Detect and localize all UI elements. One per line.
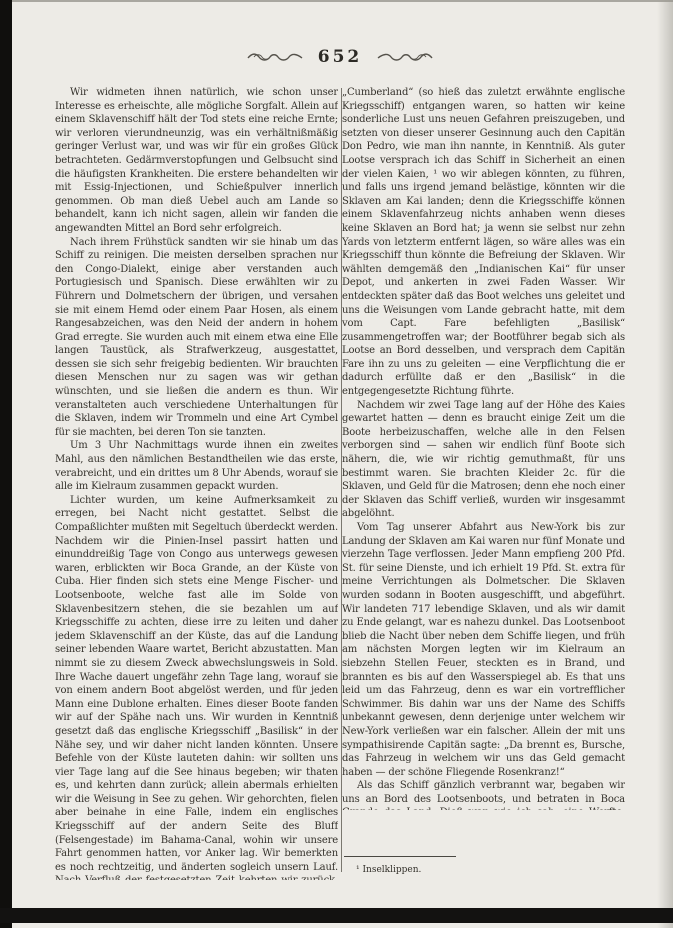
scan-edge-top: [0, 0, 673, 2]
right-column-paragraphs: „Cumberland“ (so hieß das zuletzt erwähn…: [342, 86, 625, 810]
paragraph: „Cumberland“ (so hieß das zuletzt erwähn…: [342, 86, 625, 399]
page-header: 652: [55, 47, 625, 67]
footnote-area: ¹ Inselklippen.: [342, 856, 625, 878]
paragraph: Nach ihrem Frühstück sandten wir sie hin…: [55, 236, 338, 440]
page-number: 652: [318, 47, 363, 67]
flourish-right-icon: [376, 50, 434, 64]
scan-edge-right: [657, 0, 673, 928]
paragraph: Wir widmeten ihnen natürlich, wie schon …: [55, 86, 338, 236]
scanned-book-page: 652 Wir widmeten ihnen natürlich, wie sc…: [0, 0, 673, 928]
scan-edge-bottom: [0, 908, 673, 923]
scan-edge-left: [0, 0, 12, 928]
footnote-separator: [344, 856, 456, 857]
paragraph: Nachdem wir zwei Tage lang auf der Höhe …: [342, 399, 625, 521]
paragraph: Um 3 Uhr Nachmittags wurde ihnen ein zwe…: [55, 439, 338, 493]
left-column: Wir widmeten ihnen natürlich, wie schon …: [55, 86, 338, 880]
right-column: „Cumberland“ (so hieß das zuletzt erwähn…: [342, 86, 625, 880]
paragraph: Lichter wurden, um keine Aufmerksamkeit …: [55, 494, 338, 880]
left-column-paragraphs: Wir widmeten ihnen natürlich, wie schon …: [55, 86, 338, 880]
flourish-left-icon: [246, 50, 304, 64]
paragraph: Als das Schiff gänzlich verbrannt war, b…: [342, 779, 625, 810]
text-block: Wir widmeten ihnen natürlich, wie schon …: [55, 86, 625, 880]
paragraph: Vom Tag unserer Abfahrt aus New-York bis…: [342, 521, 625, 779]
footnote: ¹ Inselklippen.: [342, 864, 625, 878]
